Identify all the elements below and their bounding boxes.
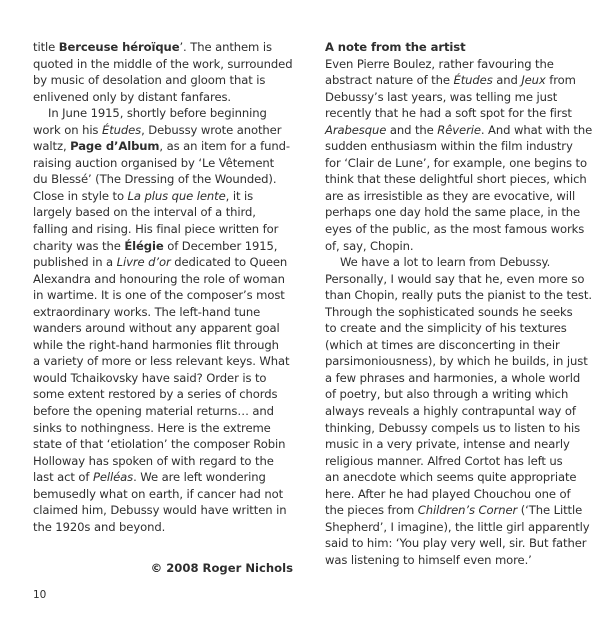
text-run: In June 1915, shortly before beginning (48, 106, 267, 120)
text-line: (which at times are disconcerting in the… (325, 337, 595, 354)
text-line: In June 1915, shortly before beginning (33, 105, 298, 122)
text-run: extraordinary works. The left-hand tune (33, 305, 260, 319)
text-line: would Tchaikovsky have said? Order is to (33, 370, 298, 387)
text-line: was listening to himself even more.’ (325, 552, 595, 569)
italic-title: Études (102, 123, 141, 137)
text-run: the pieces from (325, 503, 418, 517)
text-line: the 1920s and beyond. (33, 519, 298, 536)
text-line: Shepherd’, I imagine), the little girl a… (325, 519, 595, 536)
text-line: du Blessé’ (The Dressing of the Wounded)… (33, 171, 298, 188)
text-line: said to him: ‘You play very well, sir. B… (325, 535, 595, 552)
italic-title: Children’s Corner (418, 503, 517, 517)
text-run: sudden enthusiasm within the film indust… (325, 139, 573, 153)
text-run: recently that he had a soft spot for the… (325, 106, 572, 120)
text-run: and the (386, 123, 437, 137)
bold-title: Page d’Album (70, 139, 159, 153)
text-line: extraordinary works. The left-hand tune (33, 304, 298, 321)
text-run: enlivened only by distant fanfares. (33, 90, 231, 104)
text-line: abstract nature of the Études and Jeux f… (325, 72, 595, 89)
right-column-body: Even Pierre Boulez, rather favouring the… (325, 56, 595, 569)
text-run: falling and rising. His final piece writ… (33, 222, 278, 236)
text-line: to create and the simplicity of his text… (325, 320, 595, 337)
text-run: dedicated to Queen (171, 255, 287, 269)
text-line: largely based on the interval of a third… (33, 204, 298, 221)
text-run: . We are left wondering (133, 470, 266, 484)
italic-title: La plus que lente (128, 189, 226, 203)
text-run: in wartime. It is one of the composer’s … (33, 288, 285, 302)
text-run: published in a (33, 255, 117, 269)
text-run: title (33, 40, 59, 54)
text-line: claimed him, Debussy would have written … (33, 502, 298, 519)
text-run: a variety of more or less relevant keys.… (33, 354, 289, 368)
text-run: here. After he had played Chouchou one o… (325, 487, 570, 501)
italic-title: Études (453, 73, 492, 87)
text-line: by music of desolation and gloom that is (33, 72, 298, 89)
italic-title: Jeux (521, 73, 545, 87)
text-run: bemusedly what on earth, if cancer had n… (33, 487, 283, 501)
text-line: last act of Pelléas. We are left wonderi… (33, 469, 298, 486)
text-line: always reveals a highly contrapuntal way… (325, 403, 595, 420)
text-run: religious manner. Alfred Cortot has left… (325, 454, 563, 468)
text-run: than Chopin, really puts the pianist to … (325, 288, 592, 302)
text-run: Holloway has spoken of with regard to th… (33, 454, 274, 468)
text-line: Through the sophisticated sounds he seek… (325, 304, 595, 321)
text-run: some extent restored by a series of chor… (33, 387, 277, 401)
text-run: while the right-hand harmonies flit thro… (33, 338, 279, 352)
text-line: of poetry, but also through a writing wh… (325, 386, 595, 403)
text-run: , as an item for a fund- (159, 139, 290, 153)
text-run: Through the sophisticated sounds he seek… (325, 305, 573, 319)
text-run: perhaps one day hold the same place, in … (325, 205, 580, 219)
text-run: Debussy’s last years, was telling me jus… (325, 90, 557, 104)
italic-title: Rêverie (437, 123, 481, 137)
text-line: falling and rising. His final piece writ… (33, 221, 298, 238)
text-line: of, say, Chopin. (325, 238, 595, 255)
text-run: for ‘Clair de Lune’, for example, one be… (325, 156, 587, 170)
text-run: Even Pierre Boulez, rather favouring the (325, 57, 554, 71)
text-line: perhaps one day hold the same place, in … (325, 204, 595, 221)
text-line: Debussy’s last years, was telling me jus… (325, 89, 595, 106)
text-line: Holloway has spoken of with regard to th… (33, 453, 298, 470)
text-line: religious manner. Alfred Cortot has left… (325, 453, 595, 470)
text-run: claimed him, Debussy would have written … (33, 503, 286, 517)
left-column: title Berceuse héroïque’. The anthem isq… (33, 39, 298, 535)
text-line: Close in style to La plus que lente, it … (33, 188, 298, 205)
text-line: eyes of the public, as the most famous w… (325, 221, 595, 238)
bold-title: Berceuse héroïque (59, 40, 180, 54)
text-line: here. After he had played Chouchou one o… (325, 486, 595, 503)
copyright-signature: © 2008 Roger Nichols (33, 561, 293, 575)
text-line: recently that he had a soft spot for the… (325, 105, 595, 122)
text-line: an anecdote which seems quite appropriat… (325, 469, 595, 486)
text-run: of poetry, but also through a writing wh… (325, 387, 568, 401)
text-line: sinks to nothingness. Here is the extrem… (33, 420, 298, 437)
text-run: , Debussy wrote another (141, 123, 281, 137)
text-run: Shepherd’, I imagine), the little girl a… (325, 520, 590, 534)
text-run: are as irresistible as they are evocativ… (325, 189, 575, 203)
text-line: sudden enthusiasm within the film indust… (325, 138, 595, 155)
section-heading: A note from the artist (325, 39, 595, 56)
text-run: an anecdote which seems quite appropriat… (325, 470, 576, 484)
text-run: thinking, Debussy compels us to listen t… (325, 421, 580, 435)
text-line: quoted in the middle of the work, surrou… (33, 56, 298, 73)
text-line: Personally, I would say that he, even mo… (325, 271, 595, 288)
text-line: wanders around without any apparent goal (33, 320, 298, 337)
text-line: music in a very private, intense and nea… (325, 436, 595, 453)
text-run: , it is (226, 189, 253, 203)
text-line: some extent restored by a series of chor… (33, 386, 298, 403)
text-run: always reveals a highly contrapuntal way… (325, 404, 576, 418)
text-run: Alexandra and honouring the role of woma… (33, 272, 285, 286)
text-line: a variety of more or less relevant keys.… (33, 353, 298, 370)
text-run: largely based on the interval of a third… (33, 205, 256, 219)
text-run: said to him: ‘You play very well, sir. B… (325, 536, 586, 550)
text-line: in wartime. It is one of the composer’s … (33, 287, 298, 304)
italic-title: Livre d’or (117, 255, 171, 269)
text-line: waltz, Page d’Album, as an item for a fu… (33, 138, 298, 155)
text-run: parsimoniousness), by which he builds, i… (325, 354, 588, 368)
text-run: eyes of the public, as the most famous w… (325, 222, 584, 236)
text-line: parsimoniousness), by which he builds, i… (325, 353, 595, 370)
text-line: are as irresistible as they are evocativ… (325, 188, 595, 205)
text-run: du Blessé’ (The Dressing of the Wounded)… (33, 172, 276, 186)
text-line: than Chopin, really puts the pianist to … (325, 287, 595, 304)
text-run: by music of desolation and gloom that is (33, 73, 265, 87)
text-line: published in a Livre d’or dedicated to Q… (33, 254, 298, 271)
text-line: work on his Études, Debussy wrote anothe… (33, 122, 298, 139)
text-run: Close in style to (33, 189, 128, 203)
text-run: work on his (33, 123, 102, 137)
text-line: charity was the Élégie of December 1915, (33, 238, 298, 255)
text-line: title Berceuse héroïque’. The anthem is (33, 39, 298, 56)
text-run: waltz, (33, 139, 70, 153)
text-run: (which at times are disconcerting in the… (325, 338, 560, 352)
text-run: . And what with the (481, 123, 592, 137)
text-run: last act of (33, 470, 93, 484)
italic-title: Arabesque (325, 123, 386, 137)
text-run: ’. The anthem is (179, 40, 271, 54)
text-run: of December 1915, (164, 239, 278, 253)
italic-title: Pelléas (93, 470, 133, 484)
text-line: for ‘Clair de Lune’, for example, one be… (325, 155, 595, 172)
text-run: would Tchaikovsky have said? Order is to (33, 371, 266, 385)
text-run: and (493, 73, 522, 87)
text-line: state of that ‘etiolation’ the composer … (33, 436, 298, 453)
text-line: think that these delightful short pieces… (325, 171, 595, 188)
text-run: to create and the simplicity of his text… (325, 321, 567, 335)
text-line: the pieces from Children’s Corner (‘The … (325, 502, 595, 519)
text-run: music in a very private, intense and nea… (325, 437, 570, 451)
text-run: before the opening material returns… and (33, 404, 274, 418)
text-run: think that these delightful short pieces… (325, 172, 587, 186)
text-run: abstract nature of the (325, 73, 453, 87)
text-run: a few phrases and harmonies, a whole wor… (325, 371, 580, 385)
page-number: 10 (33, 589, 46, 601)
text-run: raising auction organised by ‘Le Vêtemen… (33, 156, 274, 170)
text-run: quoted in the middle of the work, surrou… (33, 57, 292, 71)
text-line: Arabesque and the Rêverie. And what with… (325, 122, 595, 139)
text-line: enlivened only by distant fanfares. (33, 89, 298, 106)
text-line: while the right-hand harmonies flit thro… (33, 337, 298, 354)
text-line: We have a lot to learn from Debussy. (325, 254, 595, 271)
text-line: Alexandra and honouring the role of woma… (33, 271, 298, 288)
right-column: A note from the artist Even Pierre Boule… (325, 39, 595, 569)
text-run: Personally, I would say that he, even mo… (325, 272, 584, 286)
text-line: Even Pierre Boulez, rather favouring the (325, 56, 595, 73)
text-run: state of that ‘etiolation’ the composer … (33, 437, 285, 451)
text-line: bemusedly what on earth, if cancer had n… (33, 486, 298, 503)
text-run: was listening to himself even more.’ (325, 553, 532, 567)
text-line: raising auction organised by ‘Le Vêtemen… (33, 155, 298, 172)
text-run: charity was the (33, 239, 124, 253)
text-run: (‘The Little (517, 503, 582, 517)
text-run: the 1920s and beyond. (33, 520, 165, 534)
bold-title: Élégie (124, 239, 163, 253)
text-line: before the opening material returns… and (33, 403, 298, 420)
text-run: wanders around without any apparent goal (33, 321, 280, 335)
text-run: from (546, 73, 576, 87)
text-run: sinks to nothingness. Here is the extrem… (33, 421, 271, 435)
text-line: a few phrases and harmonies, a whole wor… (325, 370, 595, 387)
text-run: of, say, Chopin. (325, 239, 413, 253)
text-run: We have a lot to learn from Debussy. (340, 255, 550, 269)
text-line: thinking, Debussy compels us to listen t… (325, 420, 595, 437)
